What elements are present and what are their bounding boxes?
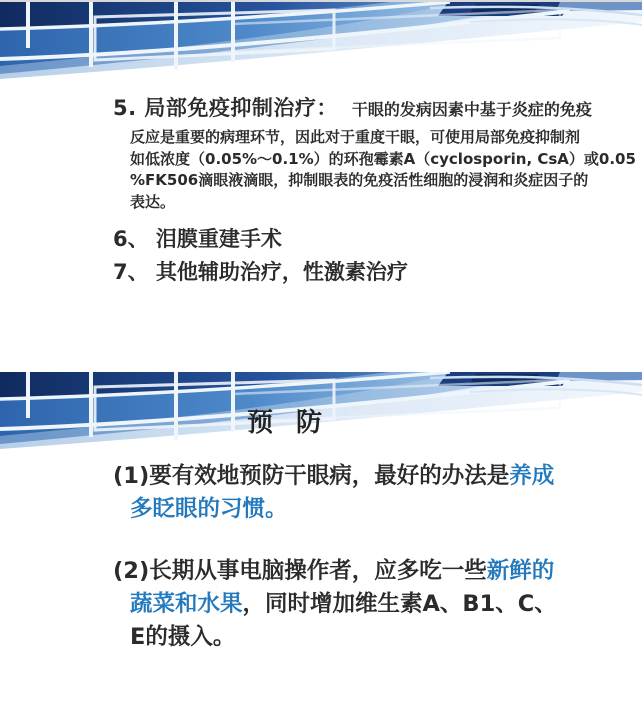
- text-segment: ，同时增加维生素A、B1、C、: [243, 591, 557, 617]
- text-segment: %FK506滴眼液滴眼，抑制眼表的免疫活性细胞的浸润和炎症因子的: [130, 171, 588, 189]
- prevention-point-2: (2)长期从事电脑操作者，应多吃一些新鲜的蔬菜和水果，同时增加维生素A、B1、C…: [113, 555, 557, 654]
- treatment-item-5: 5. 局部免疫抑制治疗：干眼的发病因素中基于炎症的免疫 反应是重要的病理环节，因…: [113, 92, 591, 213]
- item5-heading: 5. 局部免疫抑制治疗：干眼的发病因素中基于炎症的免疫: [113, 92, 591, 122]
- text-line: %FK506滴眼液滴眼，抑制眼表的免疫活性细胞的浸润和炎症因子的: [130, 170, 591, 192]
- text-line: (1)要有效地预防干眼病，最好的办法是养成: [113, 460, 554, 493]
- treatment-item-7: 7、 其他辅助治疗，性激素治疗: [113, 256, 408, 286]
- prevention-title: 预 防: [247, 402, 322, 439]
- page: 5. 局部免疫抑制治疗：干眼的发病因素中基于炎症的免疫 反应是重要的病理环节，因…: [0, 0, 642, 721]
- item5-intro: 干眼的发病因素中基于炎症的免疫: [352, 100, 592, 119]
- text-line: 表达。: [130, 192, 591, 214]
- text-segment: 反应是重要的病理环节，因此对于重度干眼，可使用局部免疫抑制剂: [130, 128, 580, 146]
- slide-prevention: 预 防 (1)要有效地预防干眼病，最好的办法是养成多眨眼的习惯。 (2)长期从事…: [0, 372, 642, 721]
- text-line: 反应是重要的病理环节，因此对于重度干眼，可使用局部免疫抑制剂: [130, 127, 591, 149]
- text-line: (2)长期从事电脑操作者，应多吃一些新鲜的: [113, 555, 557, 588]
- item5-body: 反应是重要的病理环节，因此对于重度干眼，可使用局部免疫抑制剂如低浓度（0.05%…: [130, 127, 591, 213]
- text-segment: 表达。: [130, 193, 175, 211]
- text-segment: E的摄入。: [130, 624, 235, 650]
- text-segment: (2)长期从事电脑操作者，应多吃一些: [113, 558, 487, 584]
- text-line: 如低浓度（0.05%～0.1%）的环孢霉素A（cyclosporin, CsA）…: [130, 149, 591, 171]
- text-segment: (1)要有效地预防干眼病，最好的办法是: [113, 463, 509, 489]
- text-segment: 养成: [509, 463, 554, 489]
- prevention-point-1: (1)要有效地预防干眼病，最好的办法是养成多眨眼的习惯。: [113, 460, 554, 526]
- header-wave-decoration: [0, 2, 642, 80]
- text-segment: 多眨眼的习惯。: [130, 496, 288, 522]
- treatment-item-6: 6、 泪膜重建手术: [113, 223, 282, 253]
- slide-treatment: 5. 局部免疫抑制治疗：干眼的发病因素中基于炎症的免疫 反应是重要的病理环节，因…: [0, 2, 642, 372]
- text-line: 蔬菜和水果，同时增加维生素A、B1、C、: [113, 588, 557, 621]
- text-line: 多眨眼的习惯。: [113, 493, 554, 526]
- text-segment: 如低浓度（0.05%～0.1%）的环孢霉素A（cyclosporin, CsA）…: [130, 150, 636, 168]
- text-segment: 新鲜的: [487, 558, 555, 584]
- text-line: E的摄入。: [113, 621, 557, 654]
- item5-title: 5. 局部免疫抑制治疗：: [113, 96, 338, 120]
- text-segment: 蔬菜和水果: [130, 591, 243, 617]
